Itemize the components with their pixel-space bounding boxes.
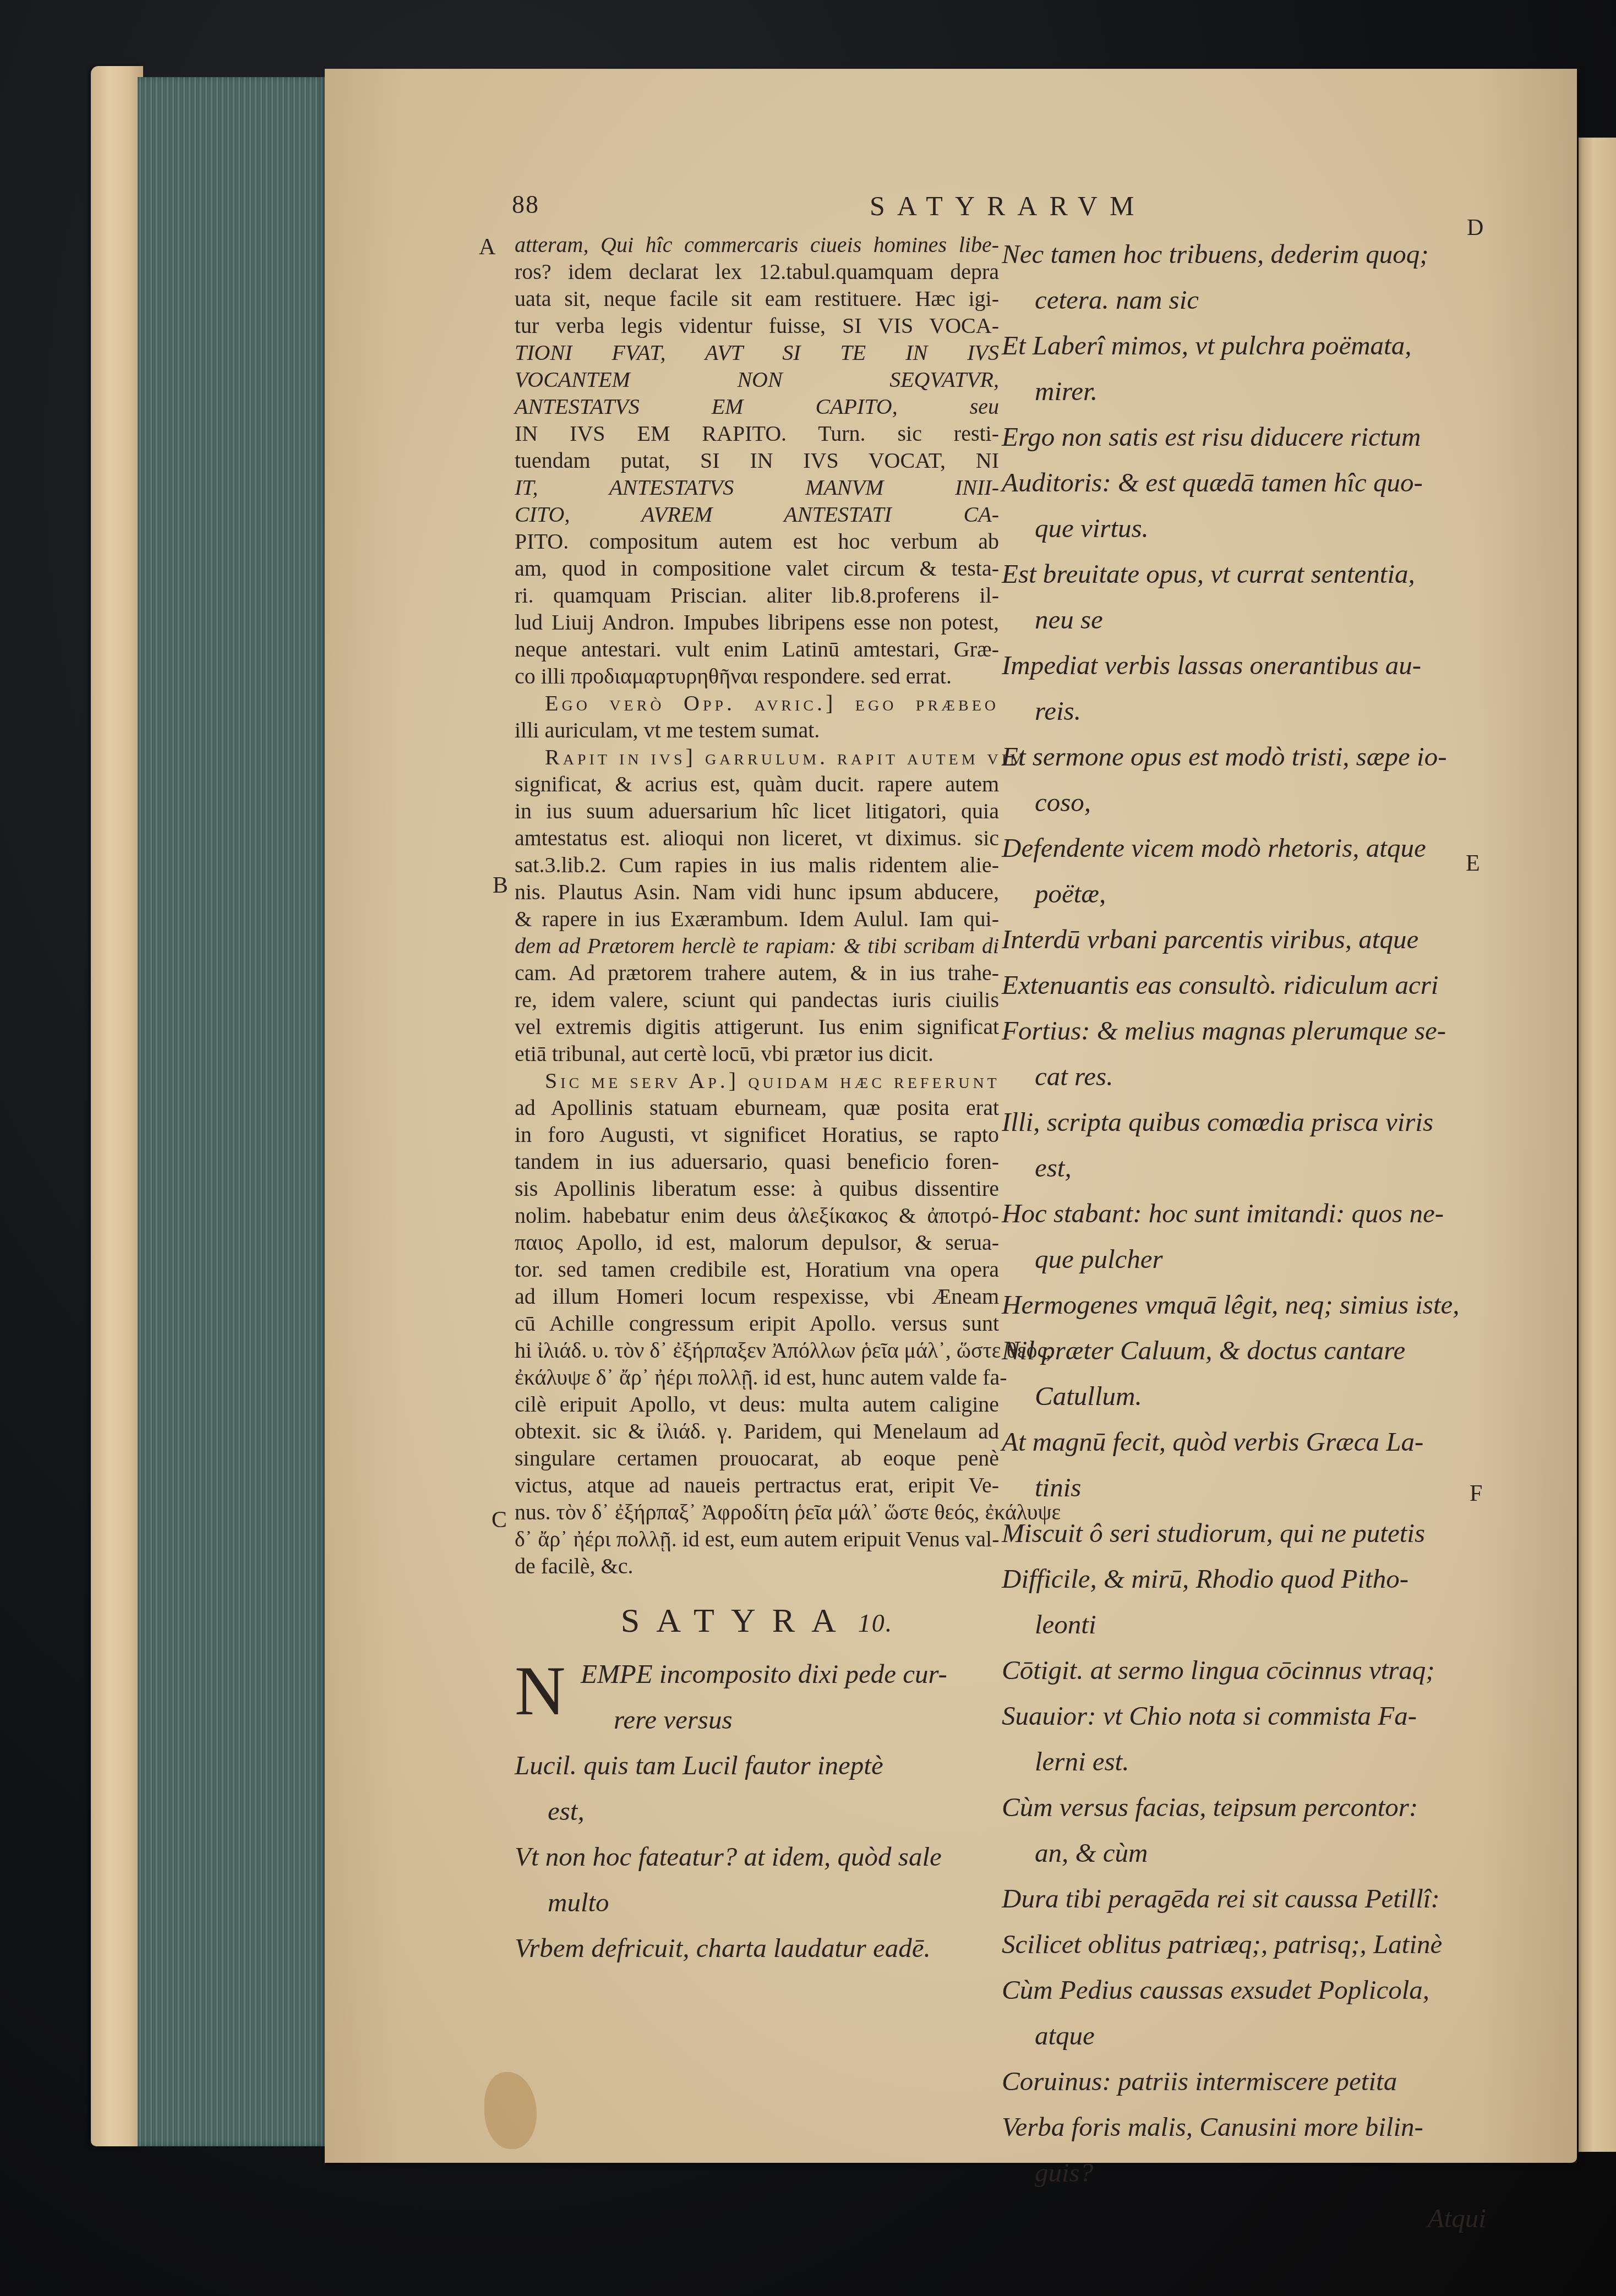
satire-title: SATYRA [621,1602,853,1639]
verse-line: que pulcher [1002,1236,1508,1282]
page-stack-fore-edge [138,77,325,2146]
margin-letter-c: C [492,1507,507,1533]
verse-line: Verba foris malis, Canusini more bilin- [1002,2104,1508,2150]
verse-line: Nec tamen hoc tribuens, dederim quoq; [1002,231,1508,277]
verse-line: est, [1002,1145,1508,1190]
commentary-line: obtexit. sic & ἰλιάδ. γ. Paridem, qui Me… [515,1418,999,1445]
commentary-line: IT, ANTESTATVS MANVM INII- [515,474,999,501]
verse-line: Cōtigit. at sermo lingua cōcinnus vtraq; [1002,1647,1508,1693]
catchword: Atqui [1002,2195,1508,2241]
verse-line: Lucil. quis tam Lucil fautor ineptè [515,1742,999,1788]
poem-opening: N EMPE incomposito dixi pede cur- [515,1651,999,1697]
commentary-line: ros? idem declarat lex 12.tabul.quamquam… [515,258,999,285]
verse-line: Fortius: & melius magnas plerumque se- [1002,1008,1508,1053]
verse-line: Catullum. [1002,1373,1508,1419]
commentary-line: nis. Plautus Asin. Nam vidi hunc ipsum a… [515,878,999,905]
commentary-line: re, idem valere, sciunt qui pandectas iu… [515,986,999,1013]
commentary-line: sat.3.lib.2. Cum rapies in ius malis rid… [515,851,999,878]
commentary-line: hi ἰλιάδ. υ. τὸν δ᾽ ἐξήρπαξεν Ἀπόλλων ῥε… [515,1337,999,1364]
satire-number: 10. [858,1609,893,1637]
verse-line: EMPE incomposito dixi pede cur- [581,1651,999,1697]
commentary-line: ri. quamquam Priscian. aliter lib.8.prof… [515,582,999,609]
commentary-line: significat, & acrius est, quàm ducit. ra… [515,770,999,797]
verse-line: Et sermone opus est modò tristi, sæpe io… [1002,734,1508,779]
verse-line: Et Laberî mimos, vt pulchra poëmata, [1002,322,1508,368]
commentary-line: in ius suum aduersarium hîc licet litiga… [515,797,999,824]
commentary-line: neque antestari. vult enim Latinū amtest… [515,636,999,663]
verse-line: Hoc stabant: hoc sunt imitandi: quos ne- [1002,1190,1508,1236]
verse-line: que virtus. [1002,505,1508,551]
commentary-line: ad Apollinis statuam eburneam, quæ posit… [515,1094,999,1121]
commentary-line: ἐκάλυψε δ᾽ ἄρ᾽ ἠέρι πολλῇ. id est, hunc … [515,1364,999,1391]
verse-line: Miscuit ô seri studiorum, qui ne putetis [1002,1510,1508,1556]
commentary-line: vel extremis digitis attigerunt. Ius eni… [515,1013,999,1040]
verse-line: Vrbem defricuit, charta laudatur eadē. [515,1925,999,1971]
commentary-line: atteram, Qui hîc commercaris ciueis homi… [515,231,999,258]
verse-line: Scilicet oblitus patriæq;, patrisq;, Lat… [1002,1921,1508,1967]
commentary-line: cū Achille congressum eripit Apollo. ver… [515,1310,999,1337]
poem-column: Nec tamen hoc tribuens, dederim quoq; ce… [1002,231,1508,2241]
drop-cap: N [515,1655,565,1726]
commentary-line: illi auriculam, vt me testem sumat. [515,717,999,744]
commentary-line: nolim. habebatur enim deus ἀλεξίκακος & … [515,1202,999,1229]
verse-line: At magnū fecit, quòd verbis Græca La- [1002,1419,1508,1464]
verse-line: Interdū vrbani parcentis viribus, atque [1002,916,1508,962]
commentary-line: IN IVS EM RAPITO. Turn. sic resti- [515,420,999,447]
commentary-line: dem ad Prætorem herclè te rapiam: & tibi… [515,932,999,959]
commentary-line: tuendam putat, SI IN IVS VOCAT, NI [515,447,999,474]
commentary-line: ANTESTATVS EM CAPITO, seu [515,393,999,420]
commentary-line: παιος Apollo, id est, malorum depulsor, … [515,1229,999,1256]
page-number: 88 [512,190,539,219]
verse-line: Auditoris: & est quædā tamen hîc quo- [1002,460,1508,505]
verse-line: Coruinus: patriis intermiscere petita [1002,2058,1508,2104]
verse-line: poëtæ, [1002,871,1508,916]
commentary-column: atteram, Qui hîc commercaris ciueis homi… [515,231,999,1971]
facing-page-edge [1579,138,1616,2152]
commentary-line: tor. sed tamen credibile est, Horatium v… [515,1256,999,1283]
verse-line: coso, [1002,779,1508,825]
verse-line: Dura tibi peragēda rei sit caussa Petill… [1002,1876,1508,1921]
commentary-line: in foro Augusti, vt significet Horatius,… [515,1121,999,1148]
commentary-line: CITO, AVREM ANTESTATI CA- [515,501,999,528]
verse-line: Ergo non satis est risu diducere rictum [1002,414,1508,460]
commentary-line: tur verba legis videntur fuisse, SI VIS … [515,312,999,339]
commentary-line: nus. τὸν δ᾽ ἐξήρπαξ᾽ Ἀφροδίτη ῥεῖα μάλ᾽ … [515,1499,999,1526]
verse-line: Vt non hoc fateatur? at idem, quòd sale [515,1834,999,1879]
commentary-line: PITO. compositum autem est hoc verbum ab [515,528,999,555]
verse-line: atque [1002,2013,1508,2058]
verse-line: Nil præter Caluum, & doctus cantare [1002,1327,1508,1373]
verse-line: multo [515,1879,999,1925]
margin-letter-a: A [479,234,495,260]
commentary-line: δ᾽ ἄρ᾽ ἠέρι πολλῇ. id est, eum autem eri… [515,1526,999,1552]
commentary-line: VOCANTEM NON SEQVATVR, [515,366,999,393]
verse-line: Illi, scripta quibus comœdia prisca viri… [1002,1099,1508,1145]
lemma-line: Ego verò Opp. avric.] ego præbeo [515,690,999,717]
commentary-line: ad illum Homeri locum respexisse, vbi Æn… [515,1283,999,1310]
margin-letter-b: B [493,872,508,899]
commentary-line: & rapere in ius Exærambum. Idem Aulul. I… [515,905,999,932]
verse-line: Defendente vicem modò rhetoris, atque [1002,825,1508,871]
verse-line: Cùm versus facias, teipsum percontor: [1002,1784,1508,1830]
commentary-line: am, quod in compositione valet circum & … [515,555,999,582]
verse-line: Extenuantis eas consultò. ridiculum acri [1002,962,1508,1008]
page-header: 88 SATYRARVM [512,190,1558,223]
verse-line: cat res. [1002,1053,1508,1099]
verse-line: est, [515,1788,999,1834]
commentary-line: co illi προδιαμαρτυρηθῆναι respondere. s… [515,663,999,690]
commentary-line: etiā tribunal, aut certè locū, vbi præto… [515,1040,999,1067]
book-cover-edge [91,66,143,2146]
verse-line: Difficile, & mirū, Rhodio quod Pitho- [1002,1556,1508,1601]
verse-line: Hermogenes vmquā lêgit, neq; simius iste… [1002,1282,1508,1327]
lemma-line: Rapit in ivs] garrulum. rapit autem vim [515,744,999,770]
commentary-line: cam. Ad prætorem trahere autem, & in ius… [515,959,999,986]
verse-line: an, & cùm [1002,1830,1508,1876]
verse-line: Impediat verbis lassas onerantibus au- [1002,642,1508,688]
verse-line: neu se [1002,597,1508,642]
commentary-line: TIONI FVAT, AVT SI TE IN IVS [515,339,999,366]
verse-line: Est breuitate opus, vt currat sententia, [1002,551,1508,597]
verse-line: Suauior: vt Chio nota si commista Fa- [1002,1693,1508,1739]
verse-line: cetera. nam sic [1002,277,1508,322]
verse-line: Cùm Pedius caussas exsudet Poplicola, [1002,1967,1508,2013]
verse-line: mirer. [1002,368,1508,414]
commentary-line: victus, atque ad naueis pertractus erat,… [515,1472,999,1499]
verse-line: leonti [1002,1601,1508,1647]
commentary-line: singulare certamen prouocarat, ab eoque … [515,1445,999,1472]
commentary-line: sis Apollinis liberatum esse: à quibus d… [515,1175,999,1202]
commentary-line: tandem in ius aduersario, quasi benefici… [515,1148,999,1175]
verse-line: reis. [1002,688,1508,734]
verse-line: rere versus [515,1697,999,1742]
verse-line: tinis [1002,1464,1508,1510]
verse-line: guis? [1002,2150,1508,2195]
satire-heading: SATYRA10. [515,1579,999,1651]
commentary-line: cilè eripuit Apollo, vt deus: multa aute… [515,1391,999,1418]
commentary-line: lud Liuij Andron. Impubes libripens esse… [515,609,999,636]
running-head: SATYRARVM [870,190,1146,222]
verse-line: lerni est. [1002,1739,1508,1784]
commentary-line: amtestatus est. alioqui non liceret, vt … [515,824,999,851]
lemma-line: Sic me serv Ap.] quidam hæc referunt [515,1067,999,1094]
commentary-line: de facilè, &c. [515,1552,999,1579]
commentary-line: uata sit, neque facile sit eam restituer… [515,285,999,312]
